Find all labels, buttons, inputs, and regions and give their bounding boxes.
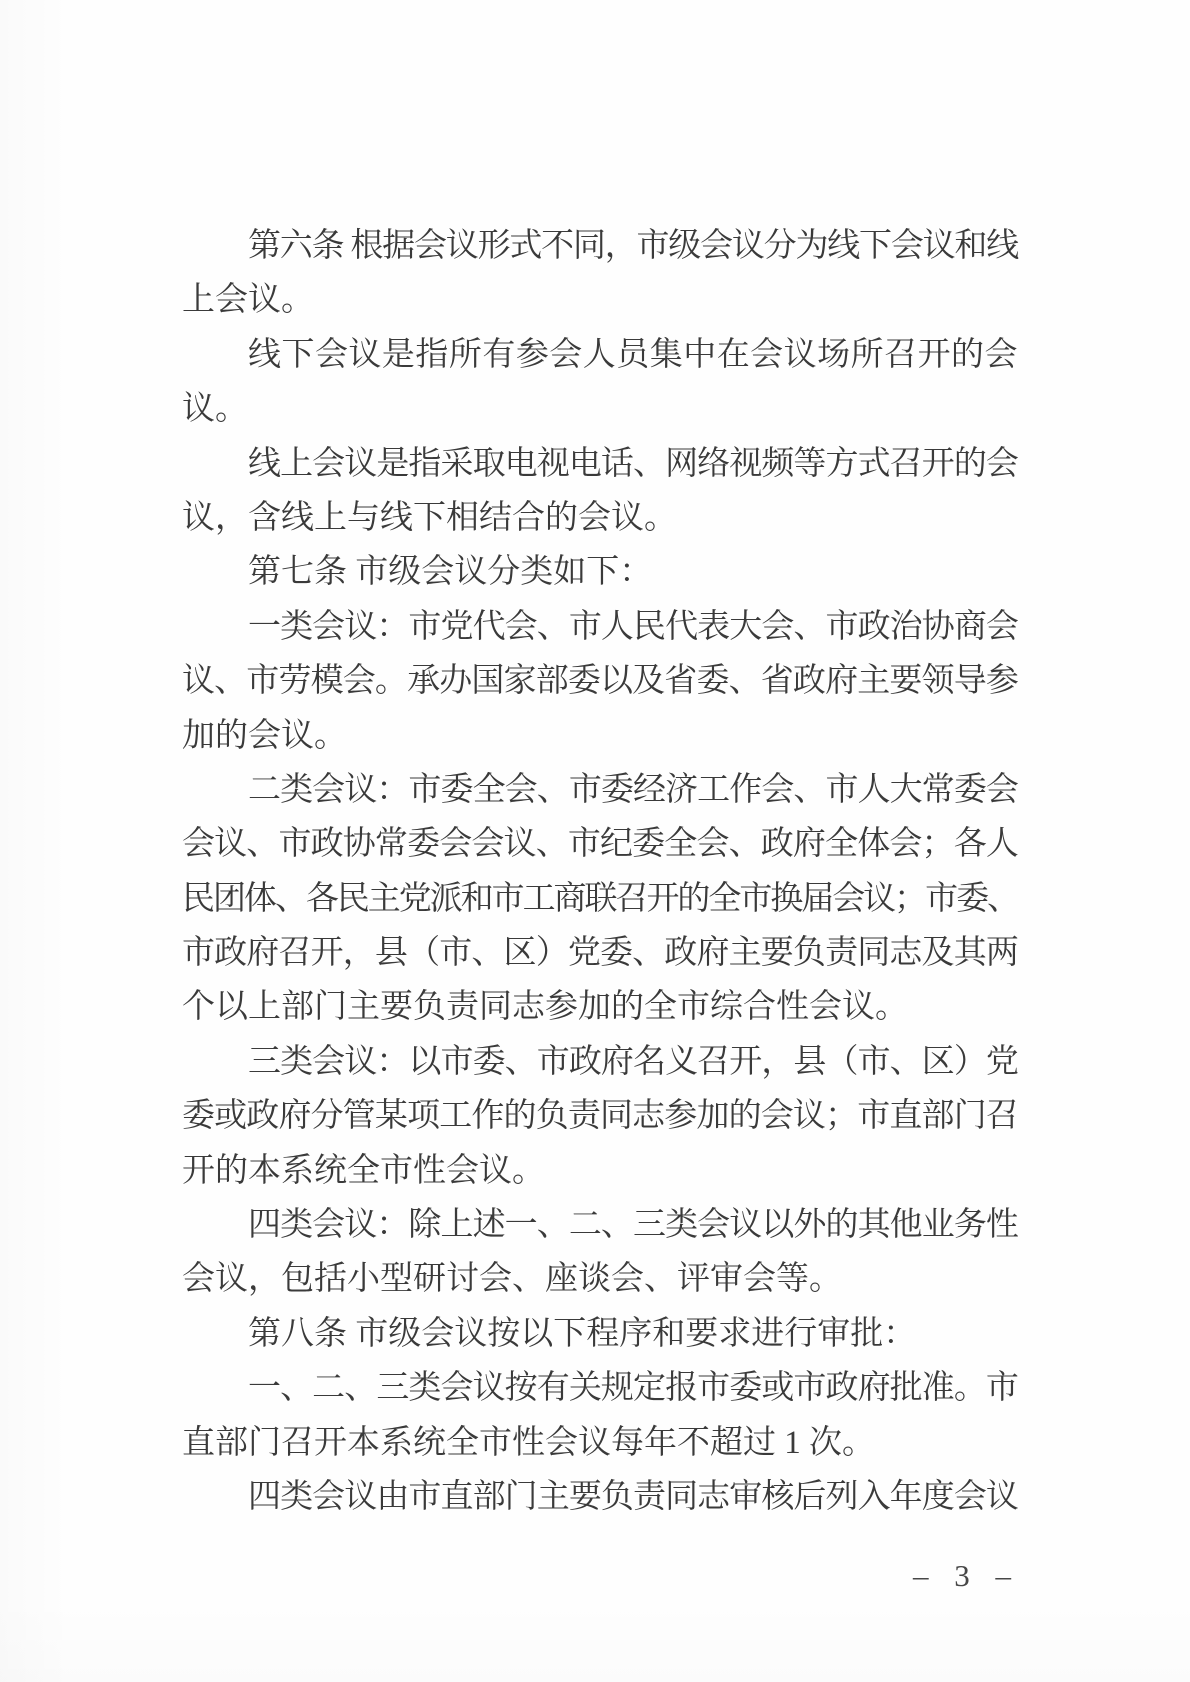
text-line: 市政府召开，县（市、区）党委、政府主要负责同志及其两 <box>182 926 1018 980</box>
page-number: – 3 – <box>913 1552 1020 1600</box>
text-line-content: 三类会议：以市委、市政府名义召开，县（市、区）党 <box>248 1044 1018 1080</box>
text-line: 第七条 市级会议分类如下： <box>182 545 1018 599</box>
text-line-content: 一、二、三类会议按有关规定报市委或市政府批准。市 <box>248 1370 1018 1406</box>
text-line-content: 会议、市政协常委会会议、市纪委全会、政府全体会；各人 <box>182 826 1018 862</box>
text-line: 一类会议：市党代会、市人民代表大会、市政治协商会 <box>182 600 1018 654</box>
text-block: 第六条 根据会议形式不同，市级会议分为线下会议和线 上会议。 线下会议是指所有参… <box>182 219 1018 1524</box>
text-line: 三类会议：以市委、市政府名义召开，县（市、区）党 <box>182 1035 1018 1089</box>
text-line: 一、二、三类会议按有关规定报市委或市政府批准。市 <box>182 1361 1018 1415</box>
document-page: 第六条 根据会议形式不同，市级会议分为线下会议和线 上会议。 线下会议是指所有参… <box>0 0 1190 1682</box>
text-line: 上会议。 <box>182 273 1018 327</box>
text-line: 直部门召开本系统全市性会议每年不超过 1 次。 <box>182 1416 1018 1470</box>
text-line-content: 直部门召开本系统全市性会议每年不超过 1 次。 <box>182 1425 875 1461</box>
text-line-content: 二类会议：市委全会、市委经济工作会、市人大常委会 <box>248 772 1018 808</box>
text-line: 委或政府分管某项工作的负责同志参加的会议；市直部门召 <box>182 1089 1018 1143</box>
text-line: 二类会议：市委全会、市委经济工作会、市人大常委会 <box>182 763 1018 817</box>
text-line: 议、市劳模会。承办国家部委以及省委、省政府主要领导参 <box>182 654 1018 708</box>
text-line: 开的本系统全市性会议。 <box>182 1144 1018 1198</box>
text-line-content: 第八条 市级会议按以下程序和要求进行审批： <box>248 1316 916 1352</box>
text-line: 个以上部门主要负责同志参加的全市综合性会议。 <box>182 980 1018 1034</box>
text-line-content: 线上会议是指采取电视电话、网络视频等方式召开的会 <box>248 446 1018 482</box>
text-line-content: 民团体、各民主党派和市工商联召开的全市换届会议；市委、 <box>182 881 1018 917</box>
text-line: 线上会议是指采取电视电话、网络视频等方式召开的会 <box>182 437 1018 491</box>
text-line: 民团体、各民主党派和市工商联召开的全市换届会议；市委、 <box>182 872 1018 926</box>
text-line-content: 四类会议由市直部门主要负责同志审核后列入年度会议 <box>248 1479 1018 1515</box>
text-line: 会议、市政协常委会会议、市纪委全会、政府全体会；各人 <box>182 817 1018 871</box>
text-line: 线下会议是指所有参会人员集中在会议场所召开的会 <box>182 328 1018 382</box>
text-line-content: 议，含线上与线下相结合的会议。 <box>182 500 677 536</box>
text-line-content: 议、市劳模会。承办国家部委以及省委、省政府主要领导参 <box>182 663 1018 699</box>
text-line-content: 一类会议：市党代会、市人民代表大会、市政治协商会 <box>248 609 1018 645</box>
text-line-content: 议。 <box>182 391 248 427</box>
text-line-content: 第七条 市级会议分类如下： <box>248 554 652 590</box>
text-line: 议，含线上与线下相结合的会议。 <box>182 491 1018 545</box>
text-line-content: 市政府召开，县（市、区）党委、政府主要负责同志及其两 <box>182 935 1018 971</box>
text-line-content: 四类会议：除上述一、二、三类会议以外的其他业务性 <box>248 1207 1018 1243</box>
text-line: 会议，包括小型研讨会、座谈会、评审会等。 <box>182 1252 1018 1306</box>
text-line-content: 上会议。 <box>182 282 314 318</box>
text-line: 四类会议由市直部门主要负责同志审核后列入年度会议 <box>182 1470 1018 1524</box>
text-line-content: 委或政府分管某项工作的负责同志参加的会议；市直部门召 <box>182 1098 1018 1134</box>
text-line-content: 加的会议。 <box>182 718 347 754</box>
text-line: 议。 <box>182 382 1018 436</box>
text-line: 加的会议。 <box>182 709 1018 763</box>
text-line-content: 第六条 根据会议形式不同，市级会议分为线下会议和线 <box>248 228 1018 264</box>
text-line-content: 开的本系统全市性会议。 <box>182 1153 545 1189</box>
text-line-content: 会议，包括小型研讨会、座谈会、评审会等。 <box>182 1261 842 1297</box>
text-line-content: 线下会议是指所有参会人员集中在会议场所召开的会 <box>248 337 1018 373</box>
text-line: 第八条 市级会议按以下程序和要求进行审批： <box>182 1307 1018 1361</box>
text-line: 第六条 根据会议形式不同，市级会议分为线下会议和线 <box>182 219 1018 273</box>
text-line-content: 个以上部门主要负责同志参加的全市综合性会议。 <box>182 989 908 1025</box>
text-line: 四类会议：除上述一、二、三类会议以外的其他业务性 <box>182 1198 1018 1252</box>
